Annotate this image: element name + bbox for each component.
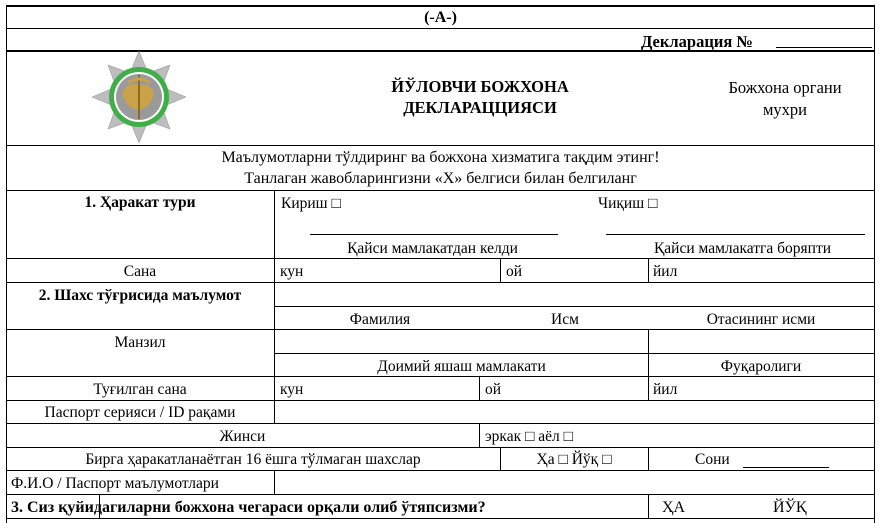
rule [648, 494, 649, 518]
rule [274, 258, 275, 282]
exit-label: Чиқиш [598, 195, 644, 212]
passport-field[interactable] [275, 401, 874, 422]
section3-question: 3. Сиз қуйидагиларни божхона чегараси ор… [11, 500, 486, 516]
from-country-field[interactable] [310, 234, 558, 235]
rule [479, 376, 480, 400]
section3-yes[interactable]: ҲА [662, 500, 685, 516]
form-title-line1: ЙЎЛОВЧИ БОЖХОНА [340, 79, 620, 96]
date-label: Сана [6, 264, 274, 280]
rule [648, 447, 649, 470]
address-label: Манзил [6, 335, 274, 351]
minors-options[interactable]: Ҳа □ Йўқ □ [500, 452, 648, 468]
residence-country-field[interactable] [275, 330, 647, 352]
declaration-number-field[interactable] [776, 47, 872, 48]
date-day-field[interactable]: кун [280, 264, 303, 280]
rule [6, 518, 875, 519]
name-caption: Исм [470, 312, 660, 328]
rule [6, 376, 875, 377]
patronymic-caption: Отасининг исми [648, 312, 874, 328]
birth-date-label: Туғилган сана [6, 382, 274, 398]
declaration-number-label: Декларация № [641, 34, 753, 51]
rule [274, 353, 875, 354]
exit-checkbox[interactable]: □ [648, 195, 657, 212]
rule [6, 423, 875, 424]
rule [479, 423, 480, 447]
rule [6, 447, 875, 448]
instruction-line2: Танлаган жавобларингизни «Х» белгиси бил… [6, 171, 875, 187]
to-country-field[interactable] [606, 234, 865, 235]
fio-label: Ф.И.О / Паспорт маълумотлари [11, 476, 219, 492]
rule [500, 258, 501, 282]
passport-label: Паспорт серияси / ID рақами [6, 405, 274, 421]
entry-label: Кириш [281, 195, 328, 212]
minors-count-label: Сони [695, 452, 730, 468]
minors-label: Бирга ҳаракатланаётган 16 ёшга тўлмаган … [6, 452, 500, 468]
rule [6, 494, 875, 495]
from-country-caption: Қайси мамлакатдан келди [300, 241, 565, 257]
surname-caption: Фамилия [275, 312, 485, 328]
form-variant: (-А-) [6, 10, 875, 26]
border-right [874, 5, 875, 523]
rule [6, 5, 875, 7]
rule [648, 376, 649, 400]
residence-country-caption: Доимий яшаш мамлакати [275, 359, 648, 375]
rule [6, 258, 875, 259]
rule [6, 28, 875, 29]
gender-options[interactable]: эркак □ аёл □ [485, 429, 573, 445]
section2-title: 2. Шахс тўғрисида маълумот [6, 288, 274, 304]
instruction-line1: Маълумотларни тўлдиринг ва божхона хизма… [6, 150, 875, 166]
fio-field[interactable] [275, 471, 874, 493]
citizenship-caption: Фуқаролиги [648, 359, 874, 375]
entry-checkbox[interactable]: □ [332, 195, 341, 212]
rule [6, 145, 875, 146]
full-name-field[interactable] [275, 283, 874, 305]
date-year-field[interactable]: йил [653, 264, 677, 280]
stamp-label-line1: Божхона органи [700, 80, 870, 97]
minors-count-field[interactable] [743, 467, 829, 468]
section3-no[interactable]: ЙЎҚ [773, 500, 807, 516]
rule [6, 190, 875, 191]
exit-option[interactable]: Чиқиш □ [598, 195, 657, 213]
section1-title: 1. Ҳаракат тури [6, 195, 274, 211]
form-title-line2: ДЕКЛАРАЦЦИЯСИ [340, 100, 620, 117]
customs-emblem-icon [92, 51, 186, 143]
birth-month-field[interactable]: ой [485, 382, 501, 398]
entry-option[interactable]: Кириш □ [281, 195, 341, 213]
date-month-field[interactable]: ой [506, 264, 522, 280]
to-country-caption: Қайси мамлакатга боряпти [610, 241, 875, 257]
rule [648, 258, 649, 282]
stamp-label-line2: мухри [700, 102, 870, 119]
rule [274, 306, 875, 307]
birth-year-field[interactable]: йил [653, 382, 677, 398]
gender-label: Жинси [6, 429, 479, 445]
citizenship-field[interactable] [649, 330, 874, 352]
birth-day-field[interactable]: кун [280, 382, 303, 398]
rule [274, 190, 275, 258]
